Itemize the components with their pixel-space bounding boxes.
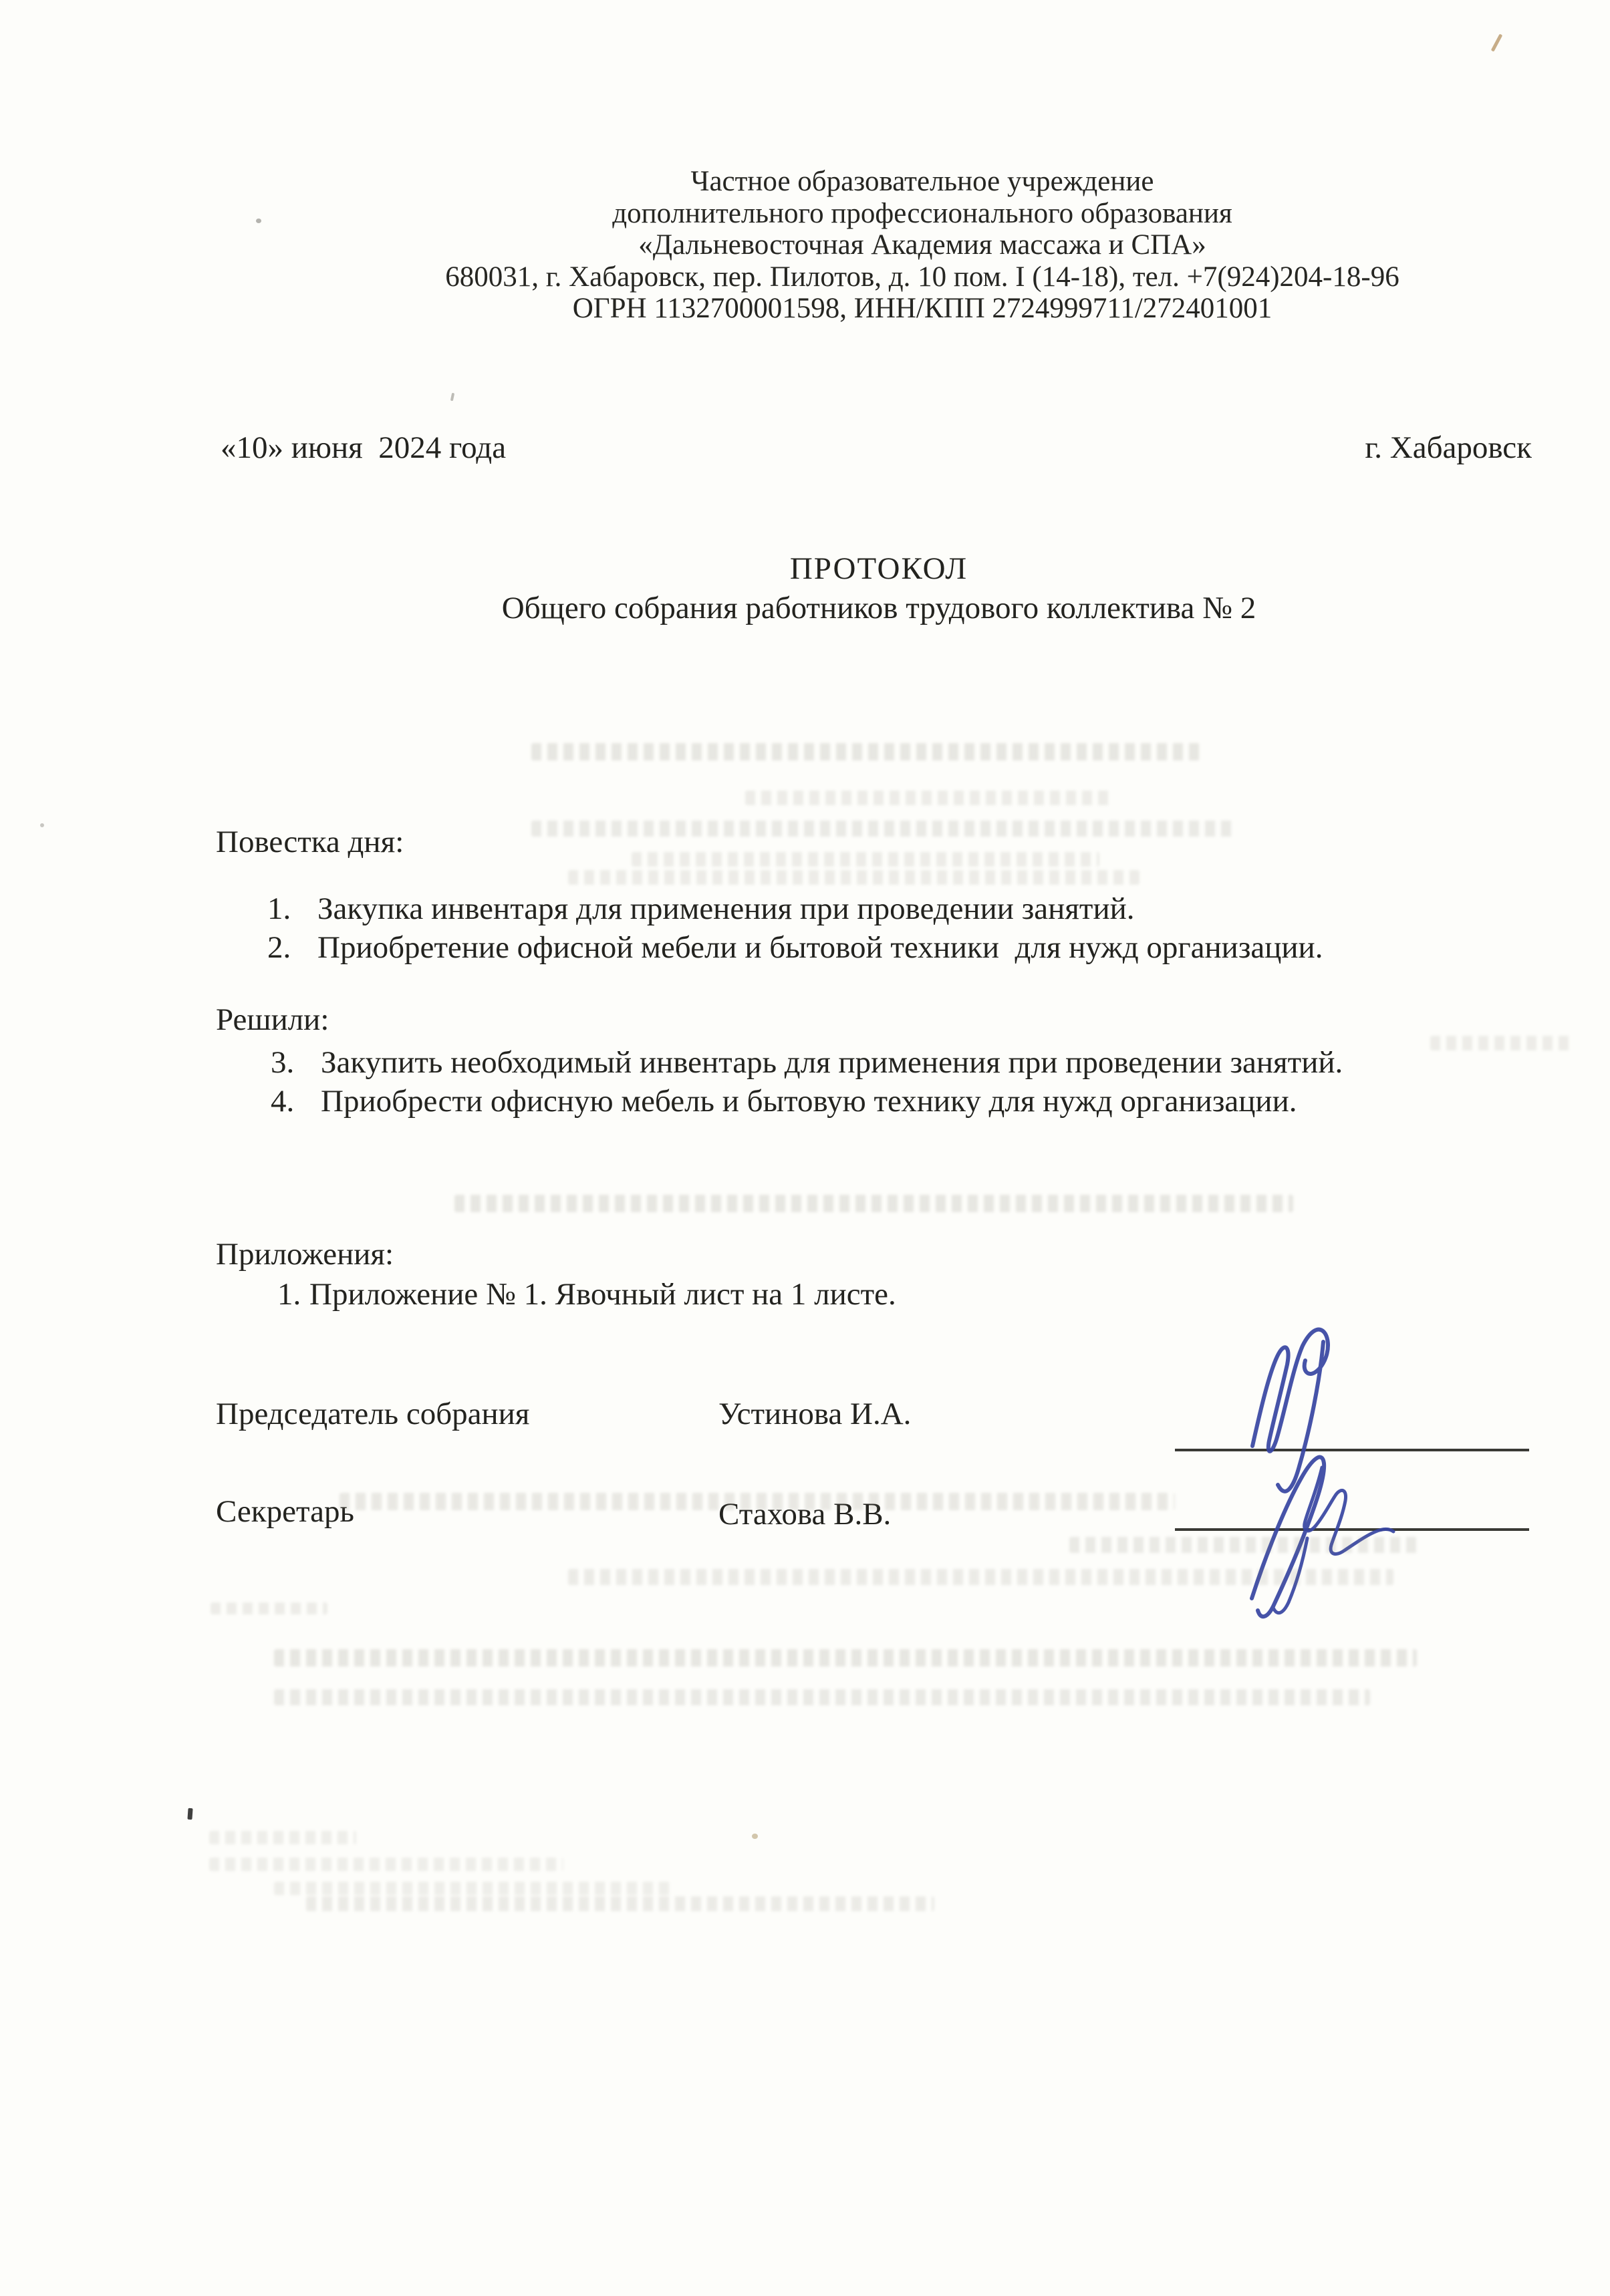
- org-name-line2: дополнительного профессионального образо…: [234, 198, 1610, 230]
- attachment-item-number: 1.: [277, 1275, 309, 1314]
- bleedthrough-smudge: [1069, 1537, 1417, 1553]
- org-address-line: 680031, г. Хабаровск, пер. Пилотов, д. 1…: [234, 261, 1610, 293]
- signature-role-chairman: Председатель собрания: [216, 1395, 529, 1433]
- paper-speck: [40, 823, 44, 827]
- bleedthrough-smudge: [632, 852, 1099, 867]
- agenda-list: 1. Закупка инвентаря для применения при …: [267, 889, 1470, 967]
- bleedthrough-smudge: [209, 1831, 356, 1844]
- bleedthrough-smudge: [568, 1569, 1393, 1585]
- signature-line-chairman: [1175, 1449, 1529, 1451]
- attachments-heading: Приложения:: [216, 1236, 394, 1273]
- bleedthrough-smudge: [454, 1195, 1293, 1212]
- attachments-list: 1. Приложение № 1. Явочный лист на 1 лис…: [277, 1275, 1480, 1314]
- ink-signatures-layer: [0, 0, 1610, 2296]
- agenda-item: 1. Закупка инвентаря для применения при …: [267, 889, 1470, 928]
- date-city-row: «10» июня 2024 года г. Хабаровск: [221, 429, 1532, 466]
- signature-role-secretary: Секретарь: [216, 1493, 354, 1530]
- decision-item-text: Приобрести офисную мебель и бытовую техн…: [321, 1082, 1297, 1121]
- decision-item-number: 3.: [271, 1043, 321, 1082]
- bleedthrough-smudge: [531, 821, 1236, 837]
- agenda-item-number: 1.: [267, 889, 317, 928]
- org-registration-line: ОГРН 1132700001598, ИНН/КПП 2724999711/2…: [234, 293, 1610, 325]
- paper-speck: [450, 393, 454, 402]
- bleedthrough-smudge: [274, 1649, 1417, 1667]
- bleedthrough-smudge: [274, 1882, 675, 1895]
- bleedthrough-smudge: [1430, 1036, 1574, 1050]
- document-date: «10» июня 2024 года: [221, 429, 506, 466]
- scanned-document-page: Частное образовательное учреждение допол…: [0, 0, 1610, 2296]
- bleedthrough-smudge: [211, 1602, 327, 1614]
- ink-dot-artifact: [187, 1808, 192, 1820]
- agenda-item-text: Приобретение офисной мебели и бытовой те…: [317, 928, 1323, 967]
- paper-speck: [256, 219, 261, 223]
- paper-speck: [752, 1834, 758, 1839]
- decision-item-text: Закупить необходимый инвентарь для приме…: [321, 1043, 1343, 1082]
- bleedthrough-smudge: [745, 791, 1113, 805]
- bleedthrough-smudge: [531, 743, 1200, 760]
- title-protocol: ПРОТОКОЛ: [154, 549, 1604, 589]
- agenda-item: 2. Приобретение офисной мебели и бытовой…: [267, 928, 1470, 967]
- decisions-list: 3. Закупить необходимый инвентарь для пр…: [271, 1043, 1474, 1121]
- paper-fiber-mark: [1491, 33, 1503, 51]
- signature-line-secretary: [1175, 1528, 1529, 1531]
- document-title: ПРОТОКОЛ Общего собрания работников труд…: [154, 549, 1604, 628]
- bleedthrough-smudge: [340, 1493, 1175, 1510]
- attachment-item: 1. Приложение № 1. Явочный лист на 1 лис…: [277, 1275, 1480, 1314]
- title-subject: Общего собрания работников трудового кол…: [154, 589, 1604, 628]
- decision-item: 3. Закупить необходимый инвентарь для пр…: [271, 1043, 1474, 1082]
- bleedthrough-smudge: [274, 1689, 1370, 1705]
- decisions-heading: Решили:: [216, 1001, 329, 1038]
- bleedthrough-smudge: [568, 870, 1139, 885]
- org-name-line1: Частное образовательное учреждение: [234, 166, 1610, 198]
- org-name-line3: «Дальневосточная Академия массажа и СПА»: [234, 229, 1610, 261]
- agenda-heading: Повестка дня:: [216, 823, 404, 861]
- agenda-item-number: 2.: [267, 928, 317, 967]
- org-header: Частное образовательное учреждение допол…: [234, 166, 1610, 325]
- signature-name-chairman: Устинова И.А.: [718, 1395, 911, 1433]
- bleedthrough-smudge: [306, 1896, 934, 1911]
- decision-item: 4. Приобрести офисную мебель и бытовую т…: [271, 1082, 1474, 1121]
- agenda-item-text: Закупка инвентаря для применения при про…: [317, 889, 1135, 928]
- decision-item-number: 4.: [271, 1082, 321, 1121]
- handwritten-signature-chairman: [1252, 1330, 1328, 1491]
- document-city: г. Хабаровск: [1365, 429, 1532, 466]
- attachment-item-text: Приложение № 1. Явочный лист на 1 листе.: [309, 1275, 896, 1314]
- bleedthrough-smudge: [209, 1858, 563, 1871]
